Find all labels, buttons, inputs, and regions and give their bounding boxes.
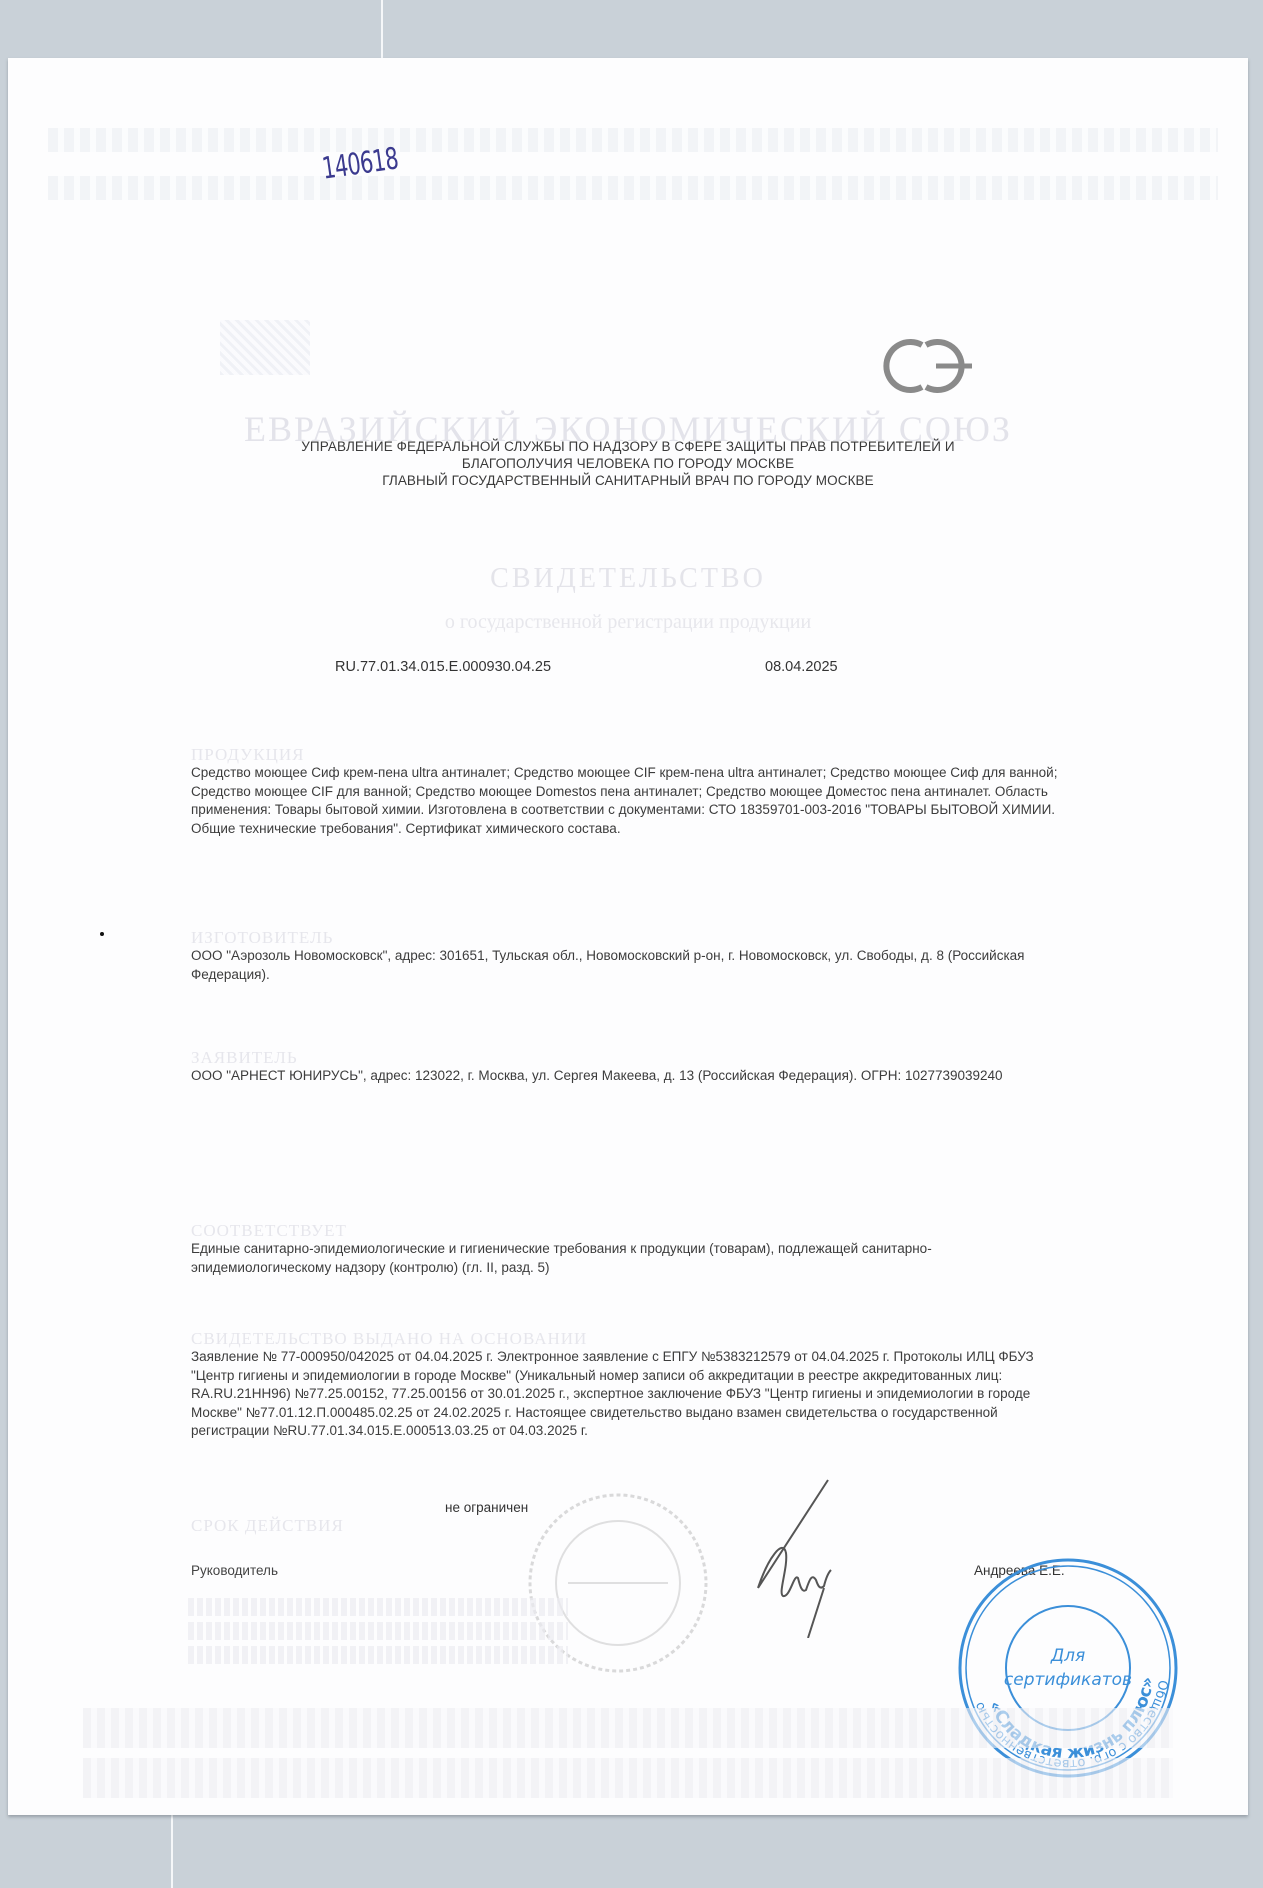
scanner-seam <box>171 1815 173 1888</box>
security-pattern-band <box>48 176 1218 200</box>
svg-text:сертификатов: сертификатов <box>1004 1670 1132 1690</box>
section-text-product: Средство моющее Сиф крем-пена ultra анти… <box>191 764 1096 838</box>
security-pattern-band <box>83 1708 1173 1748</box>
validity-value: не ограничен <box>445 1500 528 1515</box>
section-label-manufacturer: ИЗГОТОВИТЕЛЬ <box>191 928 333 948</box>
eac-ce-mark-icon <box>874 331 984 406</box>
registration-number: RU.77.01.34.015.Е.000930.04.25 <box>335 659 551 675</box>
section-label-product: ПРОДУКЦИЯ <box>191 745 304 765</box>
authority-line: ГЛАВНЫЙ ГОСУДАРСТВЕННЫЙ САНИТАРНЫЙ ВРАЧ … <box>8 472 1248 489</box>
company-stamp-icon: Общество с огр. ответственностью «Сладка… <box>953 1553 1183 1788</box>
certificate-title: СВИДЕТЕЛЬСТВО <box>8 563 1248 595</box>
signatory-role: Руководитель <box>191 1563 278 1578</box>
section-label-compliance: СООТВЕТСТВУЕТ <box>191 1221 347 1241</box>
margin-dot <box>100 932 104 936</box>
authority-line: УПРАВЛЕНИЕ ФЕДЕРАЛЬНОЙ СЛУЖБЫ ПО НАДЗОРУ… <box>8 438 1248 455</box>
issuing-authority: УПРАВЛЕНИЕ ФЕДЕРАЛЬНОЙ СЛУЖБЫ ПО НАДЗОРУ… <box>8 438 1248 489</box>
certificate-subtitle: о государственной регистрации продукции <box>8 611 1248 634</box>
security-pattern-band <box>83 1758 1173 1798</box>
authority-line: БЛАГОПОЛУЧИЯ ЧЕЛОВЕКА ПО ГОРОДУ МОСКВЕ <box>8 455 1248 472</box>
faded-emblem-icon <box>220 320 310 375</box>
svg-text:Для: Для <box>1050 1646 1085 1666</box>
signature-icon <box>728 1478 848 1643</box>
section-text-basis: Заявление № 77-000950/042025 от 04.04.20… <box>191 1348 1071 1441</box>
security-pattern-band <box>48 128 1218 152</box>
certificate-page: 140618 ЕВРАЗИЙСКИЙ ЭКОНОМИЧЕСКИЙ СОЮЗ УП… <box>8 58 1248 1815</box>
section-text-applicant: ООО "АРНЕСТ ЮНИРУСЬ", адрес: 123022, г. … <box>191 1067 1096 1086</box>
registration-date: 08.04.2025 <box>765 659 838 675</box>
section-label-validity: СРОК ДЕЙСТВИЯ <box>191 1516 344 1536</box>
section-text-manufacturer: ООО "Аэрозоль Новомосковск", адрес: 3016… <box>191 947 1096 984</box>
section-label-basis: СВИДЕТЕЛЬСТВО ВЫДАНО НА ОСНОВАНИИ <box>191 1329 587 1349</box>
section-text-compliance: Единые санитарно-эпидемиологические и ги… <box>191 1240 1011 1277</box>
scanner-seam <box>381 0 383 58</box>
faded-text-lines <box>188 1598 568 1670</box>
section-label-applicant: ЗАЯВИТЕЛЬ <box>191 1048 298 1068</box>
